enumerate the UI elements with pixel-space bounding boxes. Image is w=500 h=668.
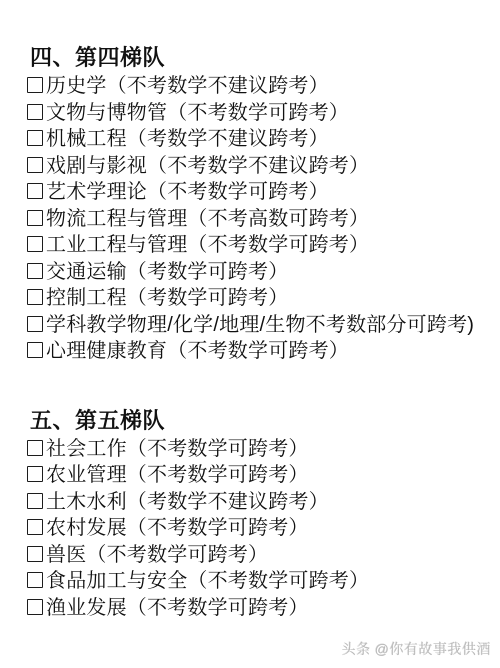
list-item-label: 物流工程与管理（不考高数可跨考）	[46, 208, 369, 230]
list-item-label: 心理健康教育（不考数学可跨考）	[46, 340, 349, 362]
tier-5-list: 社会工作（不考数学可跨考） 农业管理（不考数学可跨考） 土木水利（考数学不建议跨…	[27, 436, 490, 622]
list-item: 物流工程与管理（不考高数可跨考）	[27, 206, 490, 233]
list-item-label: 学科教学物理/化学/地理/生物不考数部分可跨考)	[46, 314, 474, 336]
tier-4-list: 历史学（不考数学不建议跨考） 文物与博物管（不考数学可跨考） 机械工程（考数学不…	[27, 73, 490, 365]
list-item: 社会工作（不考数学可跨考）	[27, 436, 490, 463]
list-item: 农村发展（不考数学可跨考）	[27, 515, 490, 542]
checkbox-icon	[27, 289, 43, 305]
list-item: 戏剧与影视（不考数学不建议跨考）	[27, 153, 490, 180]
checkbox-icon	[27, 466, 43, 482]
list-item-label: 社会工作（不考数学可跨考）	[46, 438, 309, 460]
section-title-tier-5: 五、第五梯队	[30, 407, 490, 435]
list-item-label: 机械工程（考数学不建议跨考）	[46, 128, 329, 150]
list-item: 心理健康教育（不考数学可跨考）	[27, 338, 490, 365]
list-item: 学科教学物理/化学/地理/生物不考数部分可跨考)	[27, 312, 490, 339]
checkbox-icon	[27, 263, 43, 279]
list-item: 土木水利（考数学不建议跨考）	[27, 489, 490, 516]
list-item: 交通运输（考数学可跨考）	[27, 259, 490, 286]
checkbox-icon	[27, 342, 43, 358]
checkbox-icon	[27, 546, 43, 562]
page-content: 四、第四梯队 历史学（不考数学不建议跨考） 文物与博物管（不考数学可跨考） 机械…	[0, 0, 500, 621]
watermark-platform-label: 头条	[342, 641, 371, 657]
list-item: 文物与博物管（不考数学可跨考）	[27, 100, 490, 127]
list-item: 艺术学理论（不考数学可跨考）	[27, 179, 490, 206]
checkbox-icon	[27, 519, 43, 535]
checkbox-icon	[27, 572, 43, 588]
checkbox-icon	[27, 104, 43, 120]
list-item-label: 兽医（不考数学可跨考）	[46, 544, 268, 566]
list-item: 兽医（不考数学可跨考）	[27, 542, 490, 569]
checkbox-icon	[27, 440, 43, 456]
list-item-label: 渔业发展（不考数学可跨考）	[46, 597, 309, 619]
list-item-label: 农村发展（不考数学可跨考）	[46, 517, 309, 539]
list-item-label: 文物与博物管（不考数学可跨考）	[46, 102, 349, 124]
list-item-label: 农业管理（不考数学可跨考）	[46, 464, 309, 486]
section-tier-4: 四、第四梯队 历史学（不考数学不建议跨考） 文物与博物管（不考数学可跨考） 机械…	[27, 44, 490, 365]
list-item: 历史学（不考数学不建议跨考）	[27, 73, 490, 100]
checkbox-icon	[27, 157, 43, 173]
checkbox-icon	[27, 77, 43, 93]
list-item: 控制工程（考数学可跨考）	[27, 285, 490, 312]
checkbox-icon	[27, 210, 43, 226]
list-item-label: 土木水利（考数学不建议跨考）	[46, 491, 329, 513]
checkbox-icon	[27, 130, 43, 146]
list-item-label: 历史学（不考数学不建议跨考）	[46, 75, 329, 97]
list-item: 工业工程与管理（不考数学可跨考）	[27, 232, 490, 259]
watermark-handle-label: @你有故事我供酒	[375, 641, 491, 657]
list-item: 农业管理（不考数学可跨考）	[27, 462, 490, 489]
checkbox-icon	[27, 183, 43, 199]
checkbox-icon	[27, 599, 43, 615]
list-item-label: 戏剧与影视（不考数学不建议跨考）	[46, 155, 369, 177]
checkbox-icon	[27, 236, 43, 252]
list-item: 食品加工与安全（不考数学可跨考）	[27, 568, 490, 595]
checkbox-icon	[27, 316, 43, 332]
list-item-label: 食品加工与安全（不考数学可跨考）	[46, 570, 369, 592]
list-item-label: 工业工程与管理（不考数学可跨考）	[46, 234, 369, 256]
section-title-tier-4: 四、第四梯队	[30, 44, 490, 72]
list-item-label: 交通运输（考数学可跨考）	[46, 261, 288, 283]
section-tier-5: 五、第五梯队 社会工作（不考数学可跨考） 农业管理（不考数学可跨考） 土木水利（…	[27, 407, 490, 622]
list-item: 渔业发展（不考数学可跨考）	[27, 595, 490, 622]
list-item-label: 控制工程（考数学可跨考）	[46, 287, 288, 309]
list-item: 机械工程（考数学不建议跨考）	[27, 126, 490, 153]
list-item-label: 艺术学理论（不考数学可跨考）	[46, 181, 329, 203]
watermark: 头条@你有故事我供酒	[342, 639, 491, 659]
checkbox-icon	[27, 493, 43, 509]
